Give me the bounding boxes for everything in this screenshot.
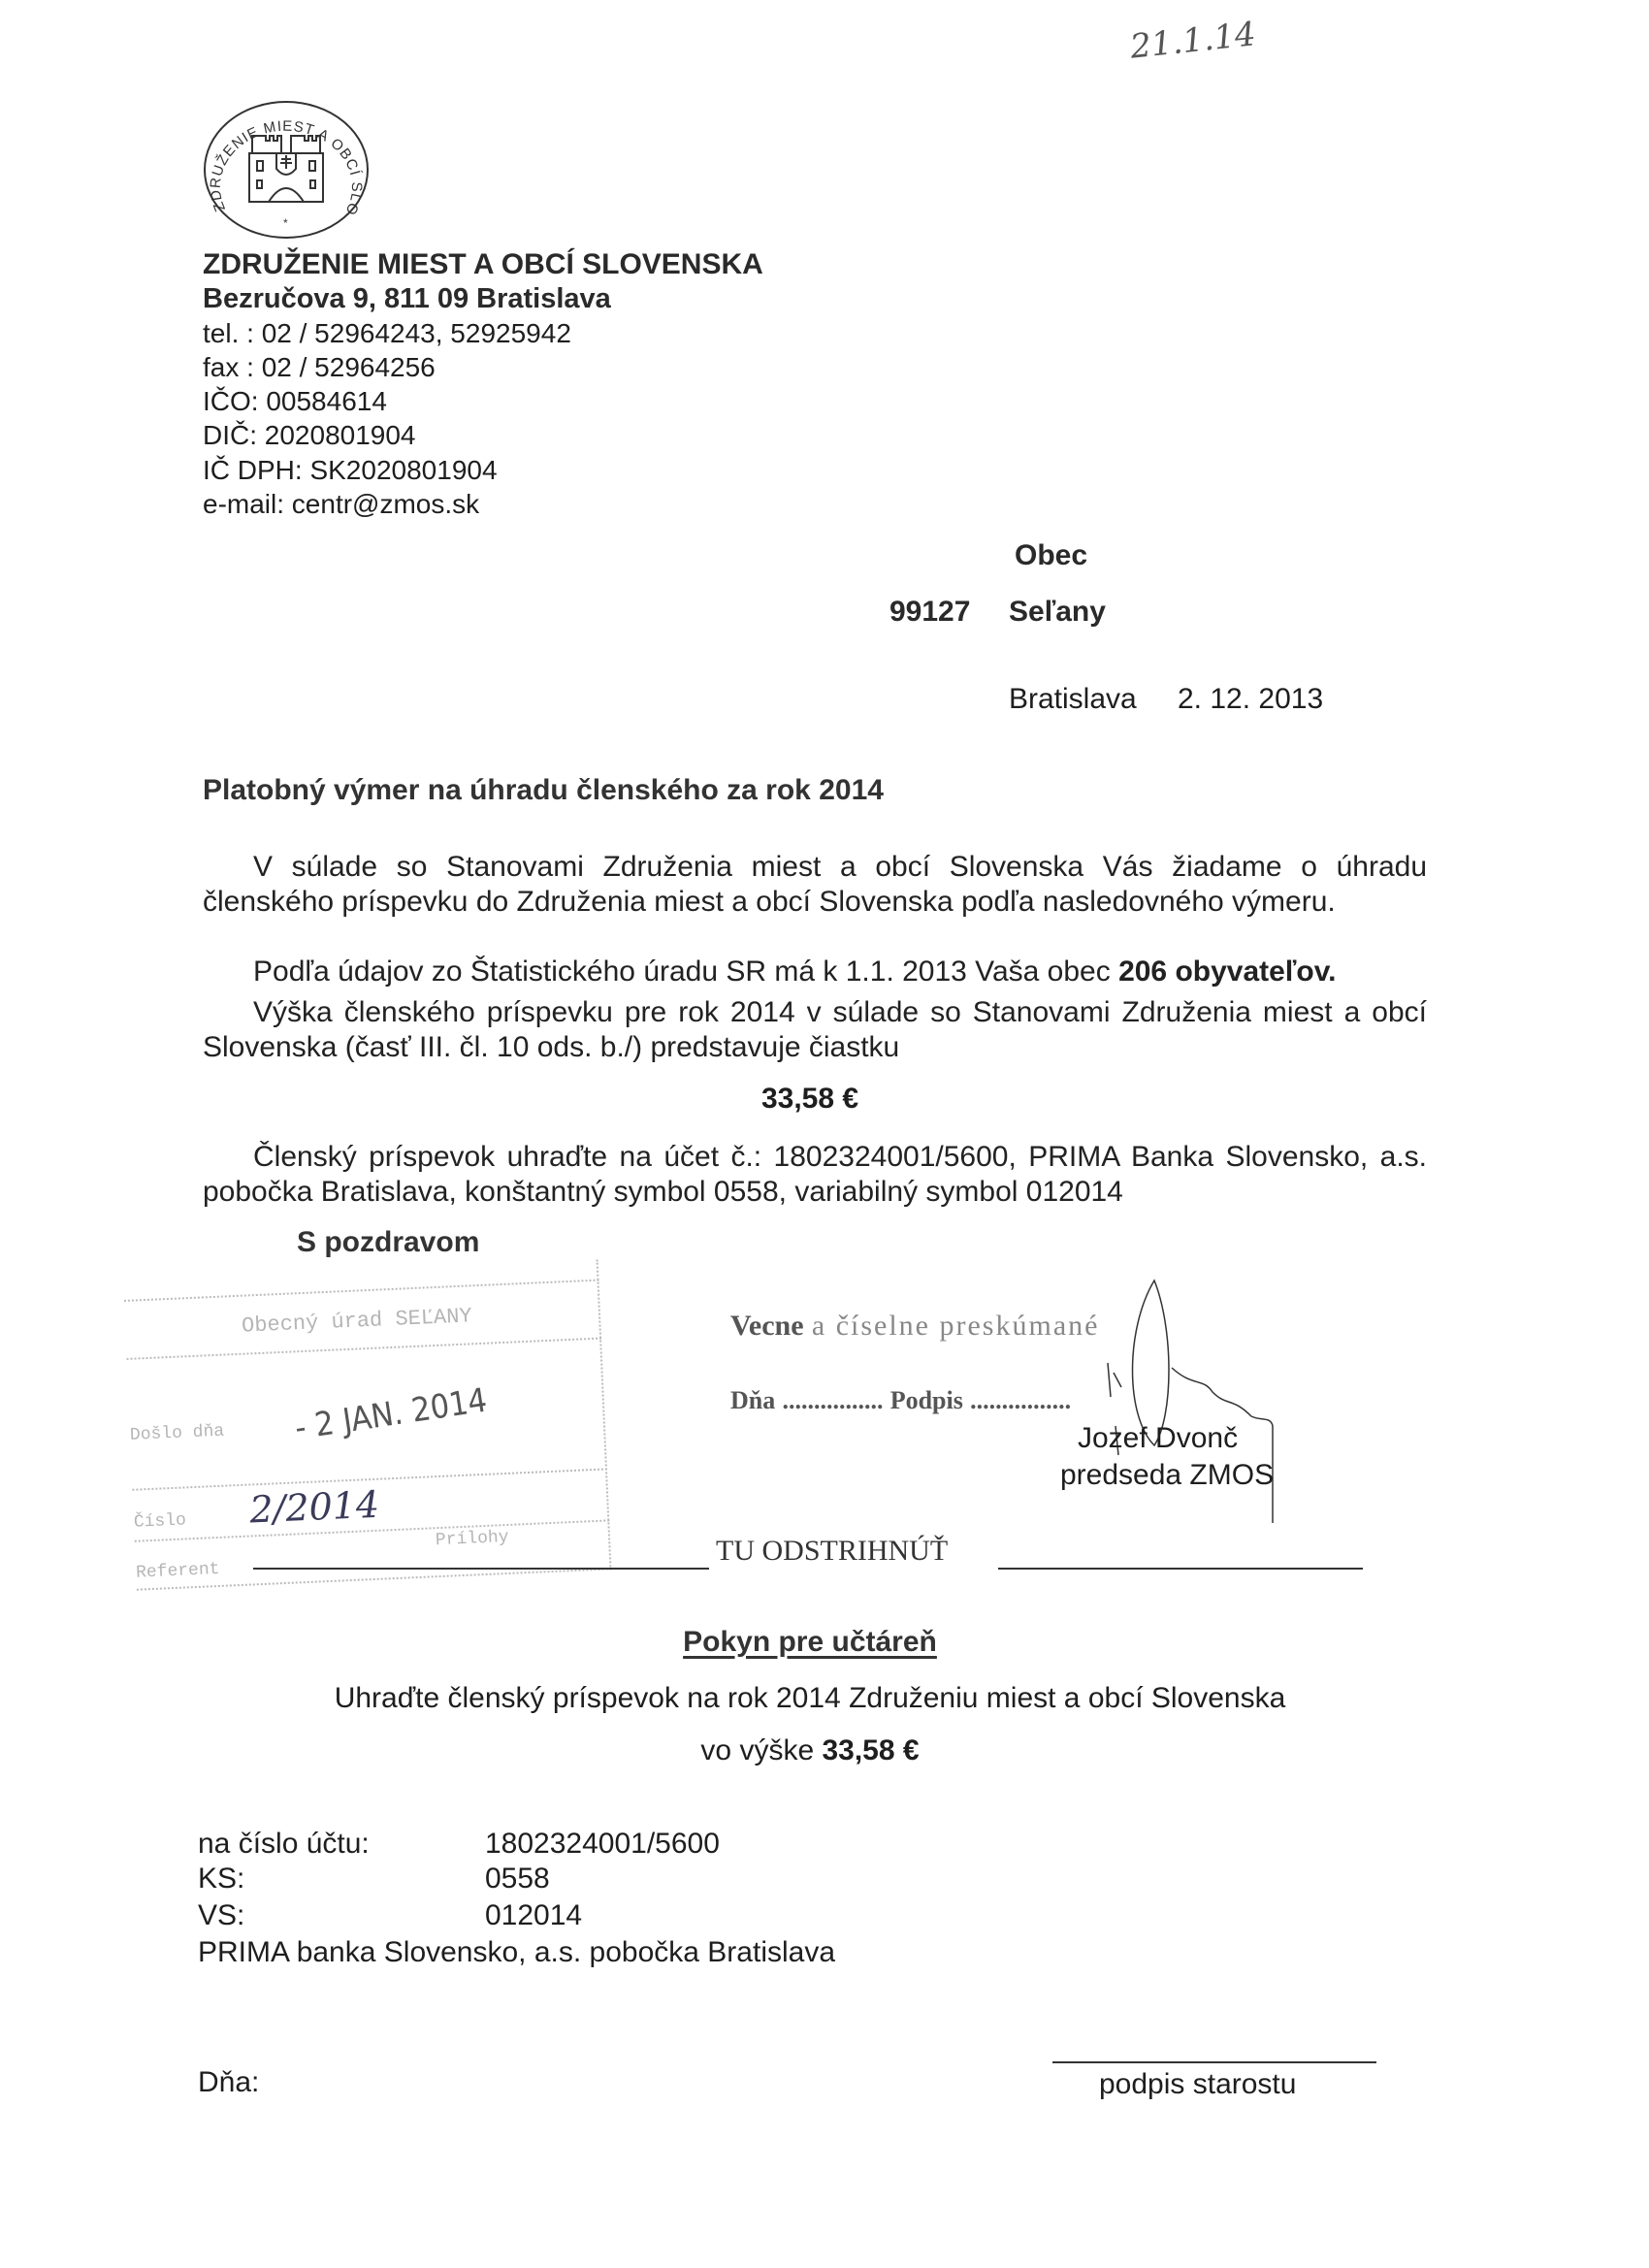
stamp-number-label: Číslo (133, 1510, 186, 1532)
signatory-name: Jozef Dvonč (1078, 1422, 1238, 1455)
body-paragraph-4: Členský príspevok uhraďte na účet č.: 18… (203, 1140, 1427, 1210)
ks-value: 0558 (485, 1863, 550, 1895)
instruction-amount: 33,58 € (822, 1734, 919, 1766)
handwritten-date-note: 21.1.14 (1128, 15, 1257, 66)
fee-amount: 33,58 € (0, 1083, 1620, 1116)
sender-tel: tel. : 02 / 52964243, 52925942 (203, 318, 571, 349)
received-stamp: Obecný úrad SEĽANY Došlo dňa - 2 JAN. 20… (123, 1259, 621, 1591)
castle-emblem-icon: ZDRUŽENIE MIEST A OBCÍ SLOVENSKA * (199, 97, 373, 243)
stamp-received-date: - 2 JAN. 2014 (292, 1381, 489, 1448)
place: Bratislava (1009, 683, 1137, 716)
vs-label: VS: (198, 1899, 244, 1932)
cut-here-label: TU ODSTRIHNÚŤ (716, 1535, 948, 1568)
verification-stamp-line-1: Vecne a číselne preskúmané (730, 1310, 1099, 1343)
signatory-title: predseda ZMOS (1060, 1459, 1274, 1492)
account-value: 1802324001/5600 (485, 1828, 720, 1861)
body-p4-text: Členský príspevok uhraďte na účet č.: 18… (203, 1141, 1427, 1208)
cut-line-left (253, 1568, 709, 1570)
svg-text:*: * (283, 216, 288, 230)
stamp-referent-label: Referent (136, 1560, 220, 1583)
stamp-received-label: Došlo dňa (130, 1422, 225, 1445)
ks-label: KS: (198, 1863, 244, 1895)
sender-name: ZDRUŽENIE MIEST A OBCÍ SLOVENSKA (203, 248, 763, 281)
sender-ico: IČO: 00584614 (203, 386, 387, 417)
stamp-attachments-label: Prílohy (436, 1528, 509, 1550)
verification-stamp-line-2: Dňa ................ Podpis ............… (730, 1385, 1071, 1415)
recipient-label: Obec (1015, 539, 1087, 572)
sender-fax: fax : 02 / 52964256 (203, 352, 436, 383)
instruction-line-1: Uhraďte členský príspevok na rok 2014 Zd… (0, 1682, 1620, 1715)
signature-line (1052, 2061, 1376, 2063)
verification-signature-dots: ................ (970, 1386, 1071, 1414)
sender-dic: DIČ: 2020801904 (203, 420, 416, 451)
date-field-label: Dňa: (198, 2066, 259, 2099)
vs-value: 012014 (485, 1899, 582, 1932)
instruction-line-2: vo výške 33,58 € (0, 1734, 1620, 1767)
verification-bold-word: Vecne (730, 1310, 804, 1342)
body-p3-text: Výška členského príspevku pre rok 2014 v… (203, 996, 1427, 1063)
verification-signature-label: Podpis (890, 1386, 963, 1414)
sender-email: e-mail: centr@zmos.sk (203, 489, 479, 520)
stamp-office-name: Obecný úrad SEĽANY (242, 1304, 473, 1338)
subject-title: Platobný výmer na úhradu členského za ro… (203, 774, 884, 807)
mayor-signature-label: podpis starostu (1099, 2068, 1296, 2101)
account-label: na číslo účtu: (198, 1828, 370, 1861)
body-paragraph-3: Výška členského príspevku pre rok 2014 v… (203, 995, 1427, 1065)
sender-address: Bezručova 9, 811 09 Bratislava (203, 283, 611, 315)
verification-date-dots: ................ (782, 1386, 883, 1414)
sender-ic-dph: IČ DPH: SK2020801904 (203, 455, 498, 486)
recipient-postal-code: 99127 (889, 596, 970, 629)
body-p1-text: V súlade so Stanovami Združenia miest a … (203, 851, 1427, 918)
verification-rest: a číselne preskúmané (812, 1310, 1100, 1342)
recipient-town: Seľany (1009, 596, 1106, 629)
body-p2-text: Podľa údajov zo Štatistického úradu SR m… (253, 956, 1118, 988)
body-paragraph-2: Podľa údajov zo Štatistického úradu SR m… (203, 955, 1477, 989)
closing-greeting: S pozdravom (297, 1226, 479, 1259)
cut-line-right (998, 1568, 1363, 1570)
body-paragraph-1: V súlade so Stanovami Združenia miest a … (203, 850, 1427, 920)
svg-text:ZDRUŽENIE MIEST A OBCÍ SLOVENS: ZDRUŽENIE MIEST A OBCÍ SLOVENSKA (199, 97, 365, 218)
bank-name: PRIMA banka Slovensko, a.s. pobočka Brat… (198, 1936, 835, 1969)
instruction-title: Pokyn pre učtáreň (0, 1626, 1620, 1659)
letter-date: 2. 12. 2013 (1178, 683, 1323, 716)
verification-date-label: Dňa (730, 1386, 775, 1414)
population-count: 206 obyvateľov. (1118, 956, 1336, 988)
instruction-amount-label: vo výške (700, 1734, 822, 1766)
stamp-handwritten-number: 2/2014 (248, 1483, 379, 1532)
